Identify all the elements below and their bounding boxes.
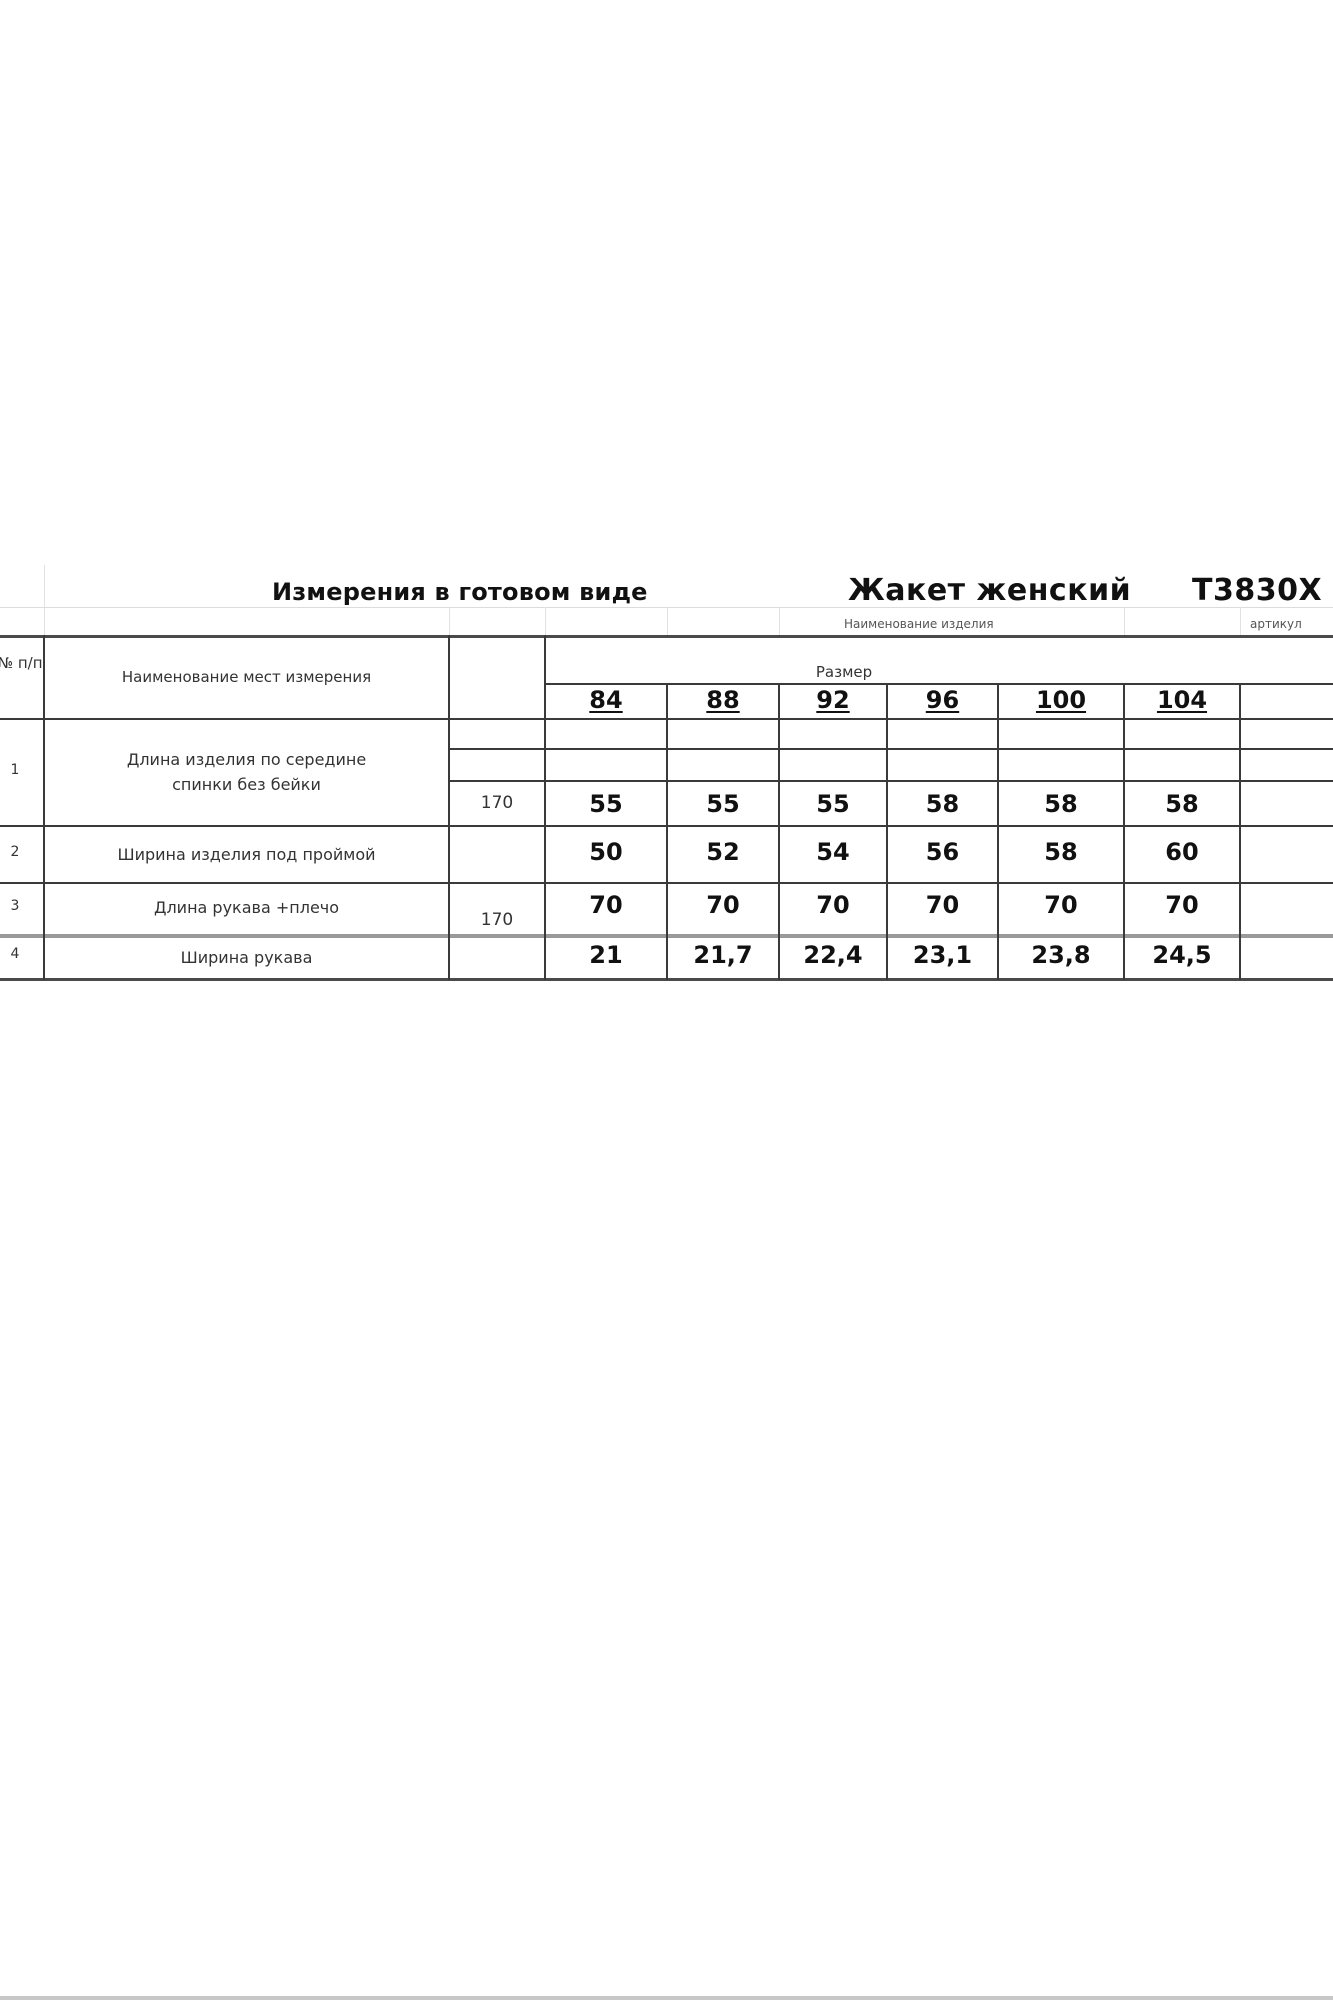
table-border [886, 683, 888, 980]
article-number: Т3830Х [1192, 573, 1322, 608]
measurement-value: 58 [998, 790, 1124, 818]
table-border [0, 635, 1333, 638]
measurement-value: 56 [887, 838, 998, 866]
table-border [449, 780, 1333, 782]
row-number: 1 [0, 762, 30, 778]
name-header: Наименование мест измерения [44, 668, 449, 686]
measurement-value: 58 [998, 838, 1124, 866]
measurement-value: 55 [667, 790, 779, 818]
item-name-caption: Наименование изделия [844, 617, 994, 631]
gridline [779, 607, 780, 637]
size-header: 96 [887, 686, 998, 714]
measurement-value: 54 [779, 838, 887, 866]
measurement-value: 58 [887, 790, 998, 818]
measurement-name: Длина изделия по середине спинки без бей… [44, 747, 449, 797]
page-bottom-border [0, 1996, 1333, 2000]
measurement-value: 21 [545, 941, 667, 969]
row-number: 2 [0, 844, 30, 860]
measurement-value: 21,7 [667, 941, 779, 969]
table-border [1123, 683, 1125, 980]
table-border [1239, 683, 1241, 980]
measurement-value: 58 [1124, 790, 1240, 818]
table-border [545, 683, 1333, 685]
measurement-value: 60 [1124, 838, 1240, 866]
measurement-value: 52 [667, 838, 779, 866]
measurement-value: 70 [998, 891, 1124, 919]
measurement-name: Длина рукава +плечо [44, 895, 449, 920]
table-border [997, 683, 999, 980]
size-header: 100 [998, 686, 1124, 714]
gridline [449, 607, 450, 637]
measurement-value: 70 [545, 891, 667, 919]
size-header: 92 [779, 686, 887, 714]
measurement-value: 70 [1124, 891, 1240, 919]
article-caption: артикул [1250, 617, 1302, 631]
num-header: № п/п [0, 652, 50, 674]
table-border [778, 683, 780, 980]
measurement-name: Ширина рукава [44, 945, 449, 970]
row-number: 4 [0, 946, 30, 962]
measurement-value: 50 [545, 838, 667, 866]
measurement-value: 70 [887, 891, 998, 919]
table-border [449, 748, 1333, 750]
measurement-value: 22,4 [779, 941, 887, 969]
measurement-value: 23,8 [998, 941, 1124, 969]
measurement-value: 24,5 [1124, 941, 1240, 969]
item-name: Жакет женский [848, 573, 1131, 608]
measurement-value: 70 [779, 891, 887, 919]
measurement-value: 55 [545, 790, 667, 818]
measurement-value: 55 [779, 790, 887, 818]
size-header: 84 [545, 686, 667, 714]
height-value: 170 [449, 910, 545, 930]
table-border [666, 683, 668, 980]
gridline [1240, 607, 1241, 637]
measurement-value: 23,1 [887, 941, 998, 969]
measurement-name: Ширина изделия под проймой [44, 842, 449, 867]
size-group-header: Размер [545, 663, 1333, 681]
height-value: 170 [449, 793, 545, 813]
size-header: 104 [1124, 686, 1240, 714]
document-title: Измерения в готовом виде [272, 578, 648, 606]
gridline [667, 607, 668, 637]
measurement-value: 70 [667, 891, 779, 919]
gridline [44, 565, 45, 637]
size-header: 88 [667, 686, 779, 714]
gridline [1124, 607, 1125, 637]
gridline [545, 607, 546, 637]
table-border [43, 635, 45, 980]
row-number: 3 [0, 898, 30, 914]
